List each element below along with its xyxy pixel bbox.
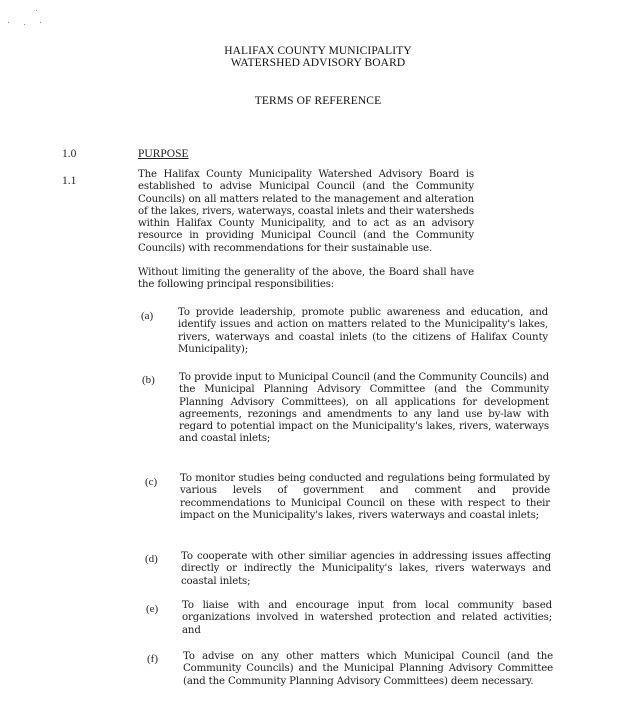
- scan-speck: [36, 10, 37, 11]
- item-label-a: (a): [141, 310, 153, 322]
- responsibility-e: To liaise with and encourage input from …: [182, 600, 552, 637]
- item-label-d: (d): [145, 553, 158, 565]
- responsibility-c: To monitor studies being conducted and r…: [180, 473, 550, 522]
- item-label-c: (c): [145, 476, 157, 488]
- clause-text: The Halifax County Municipality Watershe…: [138, 169, 474, 255]
- document-title: TERMS OF REFERENCE: [0, 95, 636, 107]
- section-number: 1.0: [62, 148, 76, 160]
- scan-speck: [40, 22, 41, 23]
- scanned-page: HALIFAX COUNTY MUNICIPALITY WATERSHED AD…: [0, 0, 636, 716]
- organization-name: HALIFAX COUNTY MUNICIPALITY: [0, 45, 636, 57]
- scan-speck: [24, 24, 25, 25]
- responsibility-a: To provide leadership, promote public aw…: [178, 307, 548, 356]
- scan-speck: [8, 22, 9, 23]
- item-label-e: (e): [146, 603, 158, 615]
- section-title: PURPOSE: [138, 148, 189, 160]
- clause-number: 1.1: [62, 175, 76, 187]
- responsibility-d: To cooperate with other similiar agencie…: [181, 551, 551, 588]
- item-label-f: (f): [147, 653, 158, 665]
- responsibilities-intro: Without limiting the generality of the a…: [138, 267, 474, 292]
- board-name: WATERSHED ADVISORY BOARD: [0, 57, 636, 69]
- item-label-b: (b): [142, 374, 155, 386]
- responsibility-b: To provide input to Municipal Council (a…: [179, 372, 549, 446]
- responsibility-f: To advise on any other matters which Mun…: [183, 651, 553, 688]
